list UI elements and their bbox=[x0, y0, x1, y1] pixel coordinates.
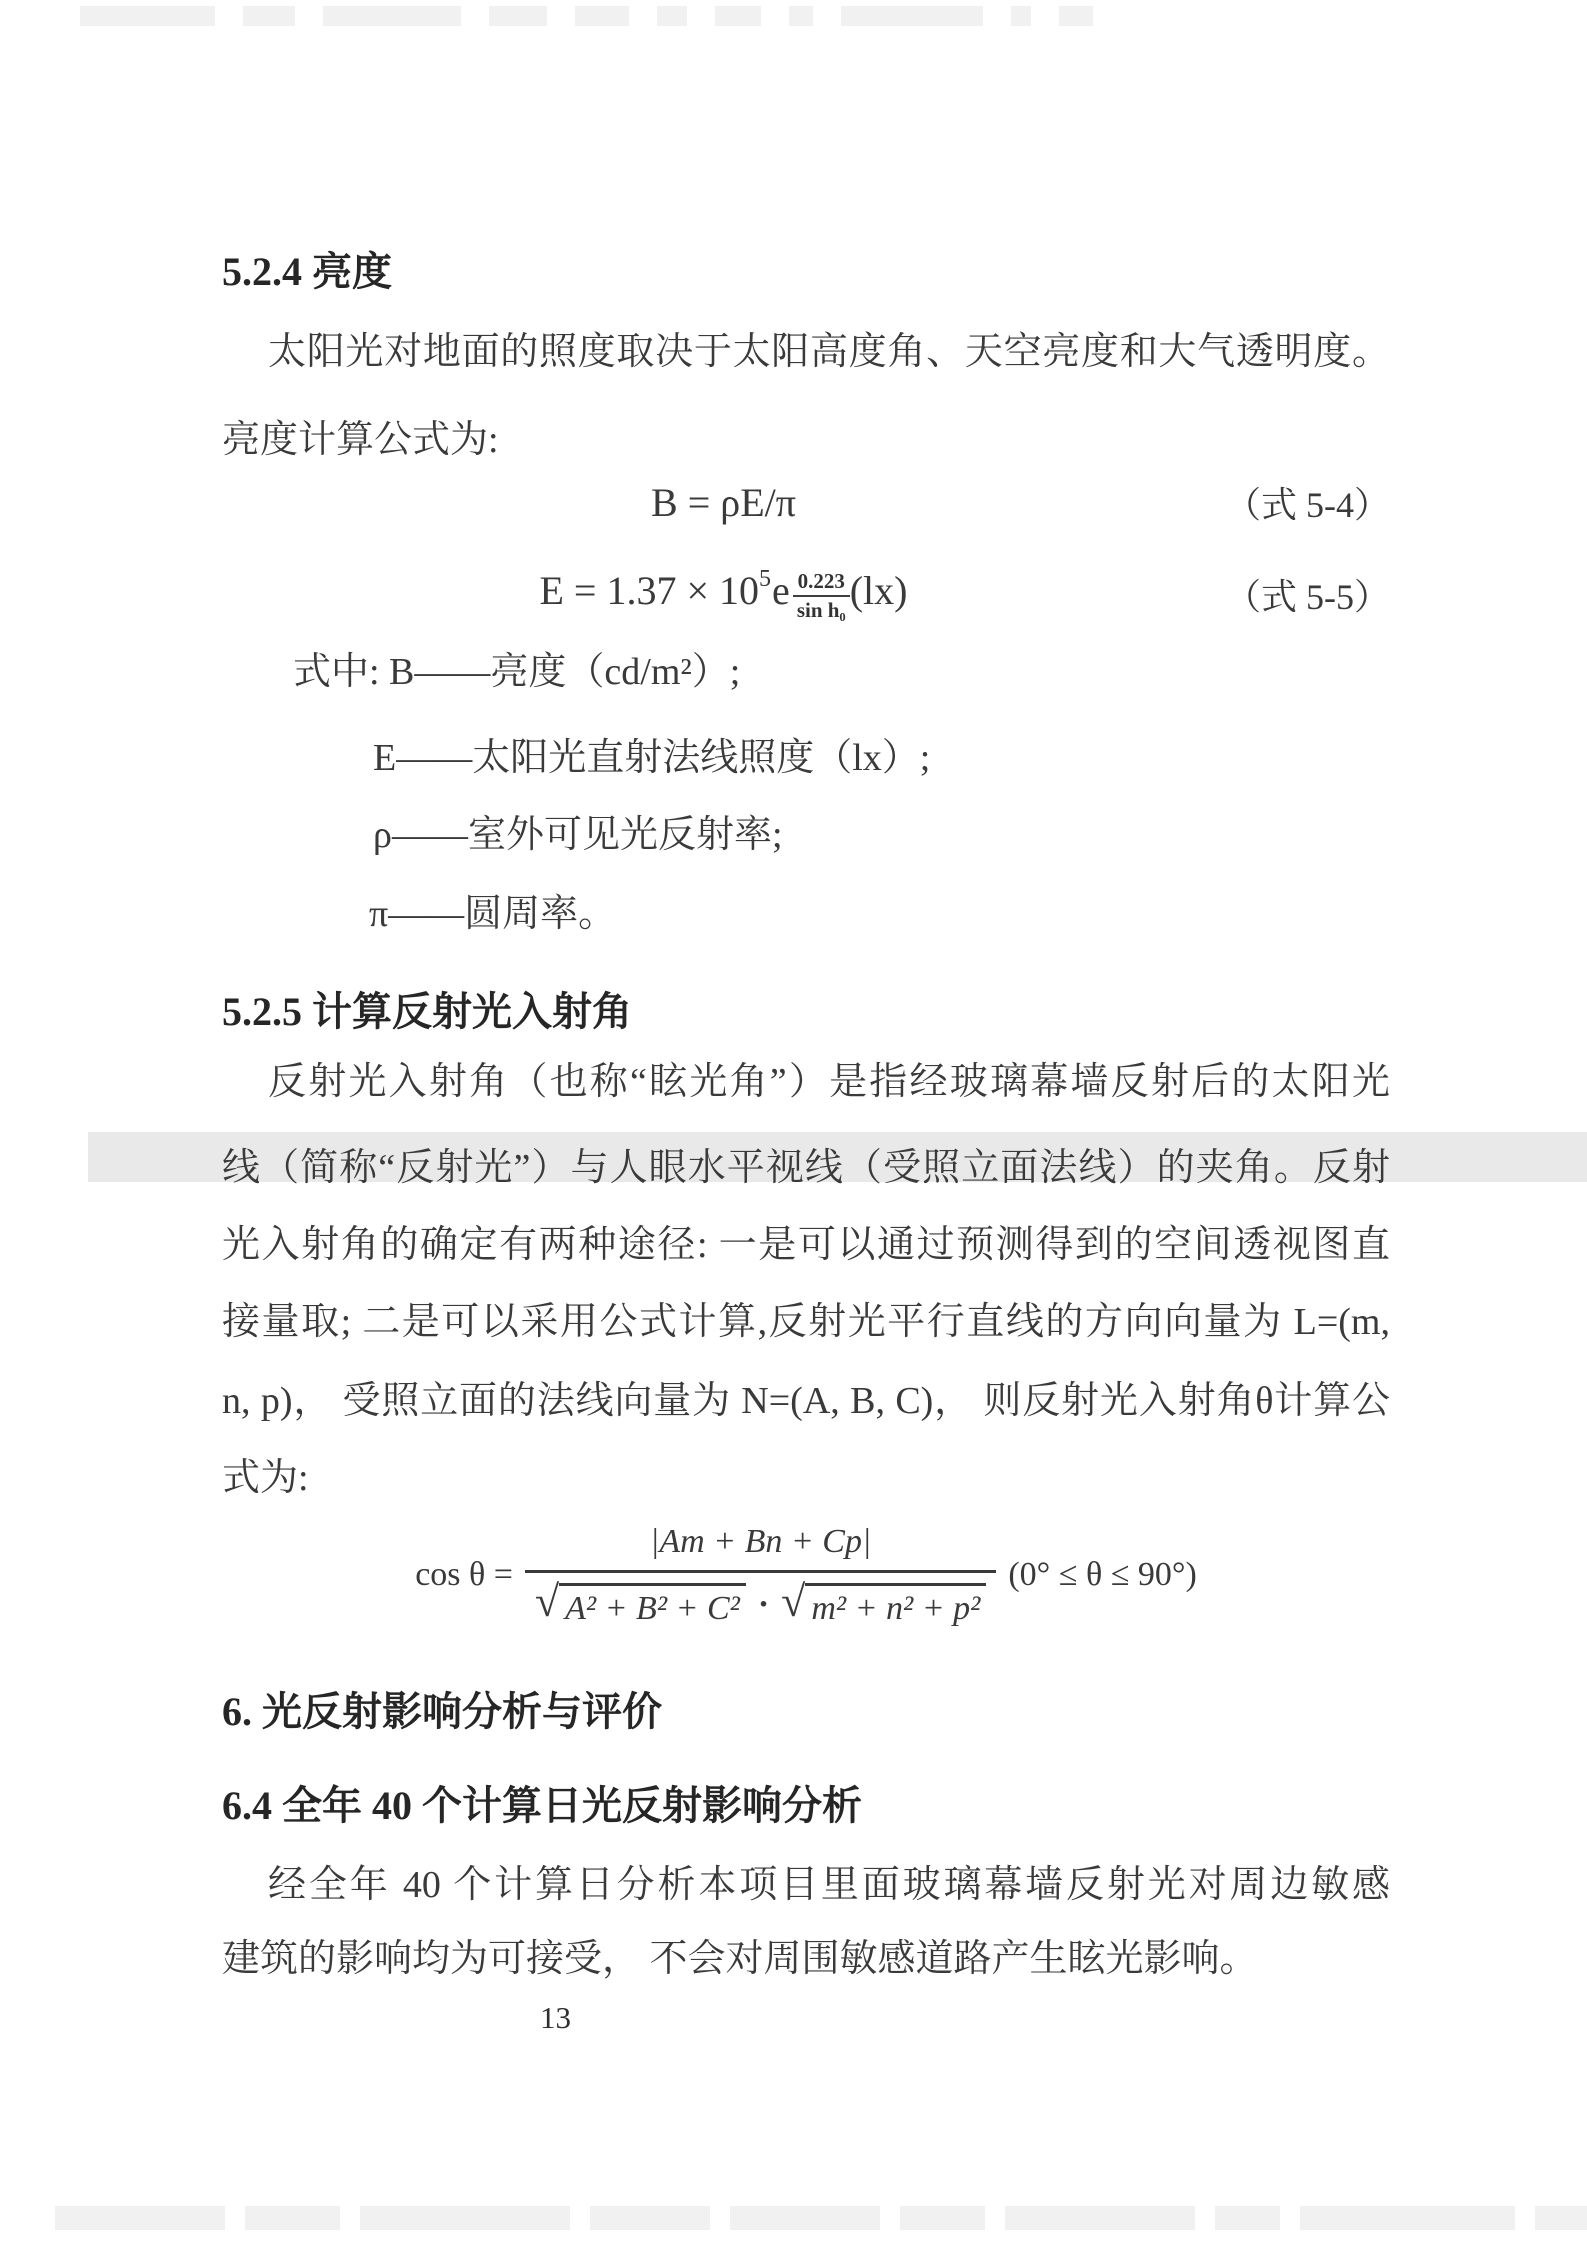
theta-range: (0° ≤ θ ≤ 90°) bbox=[1008, 1556, 1196, 1594]
multiplication-dot: · bbox=[758, 1586, 769, 1624]
section-6-4-heading: 6.4 全年 40 个计算日光反射影响分析 bbox=[222, 1774, 862, 1831]
formula-5-5-e: e bbox=[772, 568, 790, 613]
definition-line-B: 式中: B——亮度（cd/m²）; bbox=[293, 648, 740, 696]
formula-5-5: E = 1.37 × 105e0.223sin h₀(lx) （式 5-5） bbox=[222, 546, 1390, 642]
formula-5-5-lhs: E = 1.37 × 10 bbox=[539, 568, 759, 613]
definition-line-rho: ρ——室外可见光反射率; bbox=[373, 811, 783, 859]
paragraph-line: 建筑的影响均为可接受， 不会对周围敏感道路产生眩光影响。 bbox=[222, 1935, 1258, 1983]
paragraph-line: 式为: bbox=[222, 1454, 309, 1502]
formula-5-5-exp-fraction: 0.223sin h₀ bbox=[793, 569, 850, 621]
scan-artifact-bottom bbox=[55, 2206, 1587, 2230]
formula-5-5-unit: (lx) bbox=[850, 568, 908, 613]
cos-theta-lhs: cos θ = bbox=[415, 1556, 513, 1594]
page-number: 13 bbox=[540, 2000, 571, 2036]
sqrt-term-1: √A² + B² + C² bbox=[535, 1583, 746, 1628]
section-5-2-4-heading: 5.2.4 亮度 bbox=[222, 240, 392, 297]
fraction-denominator: sin h₀ bbox=[793, 595, 850, 622]
formula-5-4-label: （式 5-4） bbox=[1225, 477, 1390, 528]
radical-sign: √ bbox=[535, 1580, 559, 1624]
formula-5-4-expression: B = ρE/π bbox=[651, 479, 796, 526]
paragraph-line: 经全年 40 个计算日分析本项目里面玻璃幕墙反射光对周边敏感 bbox=[268, 1861, 1390, 1909]
paragraph-line: 反射光入射角（也称“眩光角”）是指经玻璃幕墙反射后的太阳光 bbox=[268, 1058, 1390, 1106]
formula-5-5-exponent: 5 bbox=[759, 566, 772, 592]
fraction-numerator: 0.223 bbox=[794, 569, 849, 594]
paragraph-line: 光入射角的确定有两种途径: 一是可以通过预测得到的空间透视图直 bbox=[222, 1221, 1390, 1269]
paragraph-line: 线（简称“反射光”）与人眼水平视线（受照立面法线）的夹角。反射 bbox=[222, 1144, 1390, 1192]
paragraph-line: 亮度计算公式为: bbox=[222, 416, 499, 464]
definition-line-pi: π——圆周率。 bbox=[369, 890, 616, 938]
radicand: A² + B² + C² bbox=[559, 1583, 746, 1628]
section-5-2-5-heading: 5.2.5 计算反射光入射角 bbox=[222, 980, 632, 1037]
fraction-numerator: |Am + Bn + Cp| bbox=[634, 1523, 887, 1570]
sqrt-term-2: √m² + n² + p² bbox=[781, 1583, 986, 1628]
paragraph-line: 太阳光对地面的照度取决于太阳高度角、天空亮度和大气透明度。 bbox=[268, 328, 1390, 376]
scan-artifact-top bbox=[80, 6, 1093, 26]
paragraph-line: n, p)， 受照立面的法线向量为 N=(A, B, C)， 则反射光入射角θ计… bbox=[222, 1377, 1390, 1425]
formula-5-4: B = ρE/π （式 5-4） bbox=[222, 474, 1390, 530]
document-page: { "page": { "number": "13" }, "s524": { … bbox=[0, 0, 1587, 2244]
paragraph-line: 接量取; 二是可以采用公式计算,反射光平行直线的方向向量为 L=(m, bbox=[222, 1298, 1390, 1346]
radicand: m² + n² + p² bbox=[805, 1583, 986, 1628]
section-6-heading: 6. 光反射影响分析与评价 bbox=[222, 1680, 662, 1737]
definition-line-E: E——太阳光直射法线照度（lx）; bbox=[373, 734, 930, 782]
radical-sign: √ bbox=[781, 1580, 805, 1624]
cos-theta-fraction: |Am + Bn + Cp| √A² + B² + C² · √m² + n² … bbox=[525, 1523, 996, 1628]
formula-5-5-label: （式 5-5） bbox=[1225, 569, 1390, 620]
fraction-denominator: √A² + B² + C² · √m² + n² + p² bbox=[525, 1570, 996, 1628]
formula-5-5-expression: E = 1.37 × 105e0.223sin h₀(lx) bbox=[539, 566, 907, 621]
cos-theta-formula: cos θ = |Am + Bn + Cp| √A² + B² + C² · √… bbox=[222, 1510, 1390, 1640]
